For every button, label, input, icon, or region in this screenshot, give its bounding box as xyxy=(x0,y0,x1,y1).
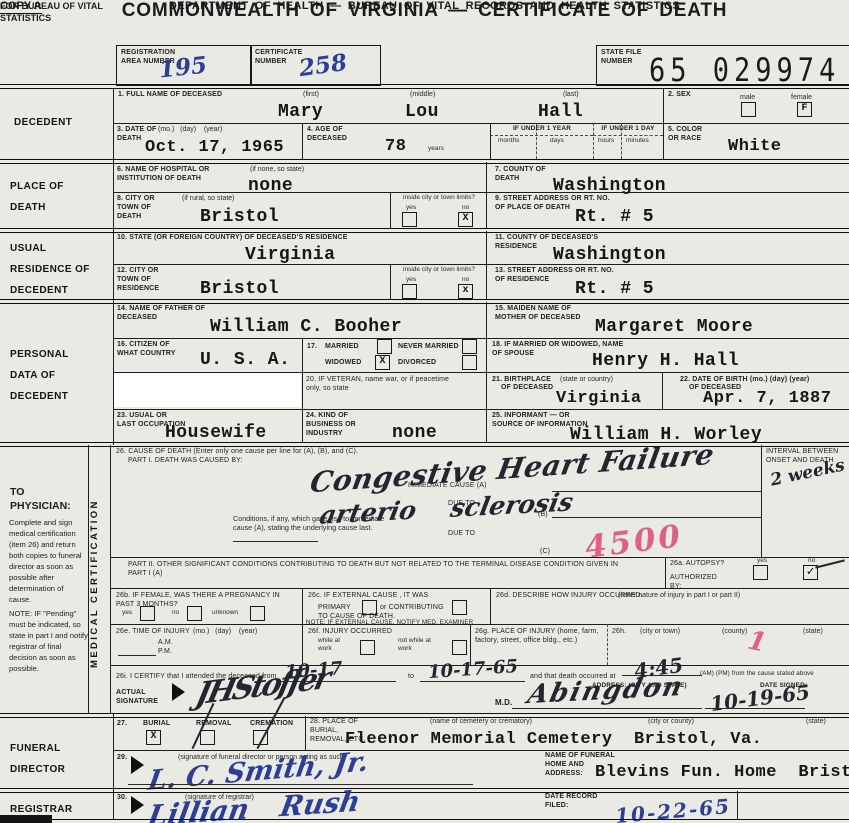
burial-label: BURIAL xyxy=(143,719,170,728)
date-filed-label: DATE RECORD FILED: xyxy=(545,792,605,810)
section-divider xyxy=(0,228,849,233)
date-of-birth-value: Apr. 7, 1887 xyxy=(703,390,831,407)
section-divider xyxy=(0,788,849,793)
scan-artifact-bar xyxy=(0,815,52,823)
city-of-death-label: 8. CITY OR TOWN OF DEATH xyxy=(117,194,175,221)
married-label: MARRIED xyxy=(325,342,359,351)
last-hint: (last) xyxy=(563,90,579,99)
line-c-label: (C) xyxy=(540,547,550,556)
document-subtitle: DEPARTMENT OF HEALTH — BUREAU OF VITAL R… xyxy=(0,0,849,12)
sex-female-checkbox: F xyxy=(797,102,812,117)
pregnancy-unknown-label: unknown xyxy=(212,609,238,617)
sidebar-usual-residence: USUAL RESIDENCE OF DECEDENT xyxy=(10,238,92,301)
injury-state-hint: (state) xyxy=(803,627,823,636)
first-name-value: Mary xyxy=(278,103,323,121)
citizen-label: 16. CITIZEN OF WHAT COUNTRY xyxy=(117,340,177,358)
date-of-death-hints: (mo.) (day) (year) xyxy=(158,125,222,134)
hospital-hint: (if none, so state) xyxy=(250,165,304,174)
place-of-burial-value: Fleenor Memorial Cemetery Bristol, Va. xyxy=(345,731,762,748)
grid-line xyxy=(665,557,666,588)
death-certificate-document: COMMONWEALTH OF VIRGINIA — CERTIFICATE O… xyxy=(0,0,849,823)
not-while-at-work-label: not while at work xyxy=(398,637,440,654)
father-name-value: William C. Booher xyxy=(210,318,402,336)
certificate-number-value: 258 xyxy=(298,51,349,80)
widowed-label: WIDOWED xyxy=(325,358,361,367)
autopsy-yes-checkbox xyxy=(753,565,768,580)
limits-no-mark: X xyxy=(462,213,468,224)
residence-limits-no-mark: x xyxy=(462,285,468,296)
autopsy-label: 26a. AUTOPSY? xyxy=(670,559,724,568)
sex-male-checkbox xyxy=(741,102,756,117)
cause-a-line xyxy=(552,491,761,492)
pregnancy-no-checkbox xyxy=(187,606,202,621)
grid-line xyxy=(88,445,89,713)
mother-name-label: 15. MAIDEN NAME OF MOTHER OF DECEASED xyxy=(495,304,585,322)
time-of-injury-line xyxy=(118,655,156,656)
registrar-num: 30. xyxy=(117,793,127,802)
residence-county-value: Washington xyxy=(553,246,666,264)
color-or-race-label: 5. COLOR OR RACE xyxy=(668,125,710,143)
grid-line xyxy=(486,231,487,299)
widowed-checkbox: X xyxy=(375,355,390,370)
grid-line xyxy=(761,445,762,557)
citizen-value: U. S. A. xyxy=(200,351,290,369)
grid-line xyxy=(593,123,594,159)
pen-stroke xyxy=(815,559,845,568)
funeral-director-num: 29. xyxy=(117,753,127,762)
cause-b-line xyxy=(552,517,761,518)
residence-city-label: 12. CITY OR TOWN OF RESIDENCE xyxy=(117,266,177,293)
grid-line xyxy=(486,409,487,442)
funeral-home-value: Blevins Fun. Home Bristol, va. xyxy=(595,764,849,781)
married-checkbox xyxy=(377,339,392,354)
spouse-value: Henry H. Hall xyxy=(592,352,739,370)
while-at-work-label: while at work xyxy=(318,637,352,654)
residence-limits-no-checkbox: x xyxy=(458,284,473,299)
months-label: months xyxy=(498,137,519,145)
grid-line xyxy=(663,88,664,123)
burial-state-hint: (state) xyxy=(806,717,826,726)
grid-line xyxy=(113,192,849,193)
grid-line xyxy=(390,192,391,228)
sex-male-label: male xyxy=(740,93,755,102)
state-file-number-box: STATE FILE NUMBER 65 029974 xyxy=(596,45,849,86)
sex-female-mark: F xyxy=(801,103,807,114)
section-divider xyxy=(0,713,849,718)
am-label: A.M. xyxy=(158,638,173,647)
injury-description-hint: (enter nature of injury in part I or par… xyxy=(618,591,740,600)
injury-county-hint: (county) xyxy=(722,627,747,636)
never-married-label: NEVER MARRIED xyxy=(398,342,459,351)
occupation-value: Housewife xyxy=(165,424,267,442)
injury-location-num: 26h. xyxy=(612,627,626,636)
middle-hint: (middle) xyxy=(410,90,435,99)
residence-street-value: Rt. # 5 xyxy=(575,280,654,298)
autopsy-no-mark: ✓ xyxy=(807,564,815,579)
business-value: none xyxy=(392,424,437,442)
due-to-2-label: DUE TO xyxy=(448,529,475,538)
date-of-death-value: Oct. 17, 1965 xyxy=(145,139,284,156)
grid-line xyxy=(662,372,663,409)
certificate-number-box: CERTIFICATE NUMBER 258 xyxy=(250,45,381,86)
grid-line xyxy=(113,264,849,265)
grid-line xyxy=(305,716,306,750)
divorced-checkbox xyxy=(462,355,477,370)
funeral-director-signature-line xyxy=(128,784,473,785)
sidebar-funeral-director: FUNERAL DIRECTOR xyxy=(10,738,72,780)
pregnancy-no-label: no xyxy=(172,609,179,617)
hospital-label: 6. NAME OF HOSPITAL OR INSTITUTION OF DE… xyxy=(117,165,237,183)
never-married-checkbox xyxy=(462,339,477,354)
grid-line xyxy=(607,624,608,665)
under-one-day-label: IF UNDER 1 DAY xyxy=(595,125,661,133)
grid-line xyxy=(302,409,303,442)
burial-checkbox: X xyxy=(146,730,161,745)
pregnancy-unknown-checkbox xyxy=(250,606,265,621)
birthplace-value: Virginia xyxy=(556,390,642,407)
registration-number-value: 195 xyxy=(158,54,208,82)
city-of-death-value: Bristol xyxy=(200,208,279,226)
conditions-underline xyxy=(233,541,318,542)
age-years-label: years xyxy=(428,145,444,153)
veteran-label: 20. IF VETERAN, name war, or if peacetim… xyxy=(306,375,461,393)
sidebar-pending-note: NOTE: IF "Pending" must be indicated, so… xyxy=(9,608,89,674)
date-signed-line xyxy=(705,708,805,709)
residence-state-label: 10. STATE (OR FOREIGN COUNTRY) OF DECEAS… xyxy=(117,233,357,242)
not-while-at-work-checkbox xyxy=(452,640,467,655)
cemetery-hint: (name of cemetery or crematory) xyxy=(430,717,532,726)
under-one-year-label: IF UNDER 1 YEAR xyxy=(492,125,592,133)
sidebar-personal-data: PERSONAL DATA OF DECEDENT xyxy=(10,344,92,407)
address-line xyxy=(512,708,702,709)
sidebar-decedent: DECEDENT xyxy=(14,112,72,133)
father-name-label: 14. NAME OF FATHER OF DECEASED xyxy=(117,304,207,322)
to-word: to xyxy=(408,672,414,681)
ampm-text: (AM) (PM) from the cause stated above xyxy=(700,670,848,678)
grid-line xyxy=(113,713,114,820)
place-of-injury-label: 26g. PLACE OF INJURY (home, farm, factor… xyxy=(475,627,600,645)
grid-line xyxy=(110,588,849,589)
copy-sublabel: FOR BUREAU OF VITAL STATISTICS xyxy=(0,0,105,24)
sex-female-label: female xyxy=(791,93,812,102)
external-cause-label: 26c. IF EXTERNAL CAUSE , IT WAS xyxy=(308,591,428,600)
residence-limits-yes-checkbox xyxy=(402,284,417,299)
pointer-icon xyxy=(131,756,144,774)
street-of-death-value: Rt. # 5 xyxy=(575,208,654,226)
grid-line xyxy=(663,123,664,159)
md-label: M.D. xyxy=(495,698,513,708)
marital-num: 17. xyxy=(307,342,317,351)
sidebar-place-of-death: PLACE OF DEATH xyxy=(10,176,68,218)
birthplace-sublabel: OF DECEASED xyxy=(501,383,553,392)
grid-line xyxy=(113,409,849,410)
contributing-label: or CONTRIBUTING xyxy=(380,603,444,612)
section-divider xyxy=(0,84,849,89)
disposition-num: 27. xyxy=(117,719,127,728)
grid-line xyxy=(302,123,303,159)
injury-city-hint: (city or town) xyxy=(640,627,680,636)
limits-question-label: inside city or town limits? xyxy=(394,194,484,202)
business-label: 24. KIND OF BUSINESS OR INDUSTRY xyxy=(306,411,386,438)
state-file-number-label: STATE FILE NUMBER xyxy=(601,48,647,66)
attended-to-value: 10-17-65 xyxy=(427,658,518,682)
minutes-label: minutes xyxy=(626,137,649,145)
time-of-injury-label: 26e. TIME OF INJURY xyxy=(116,627,190,636)
injury-state-mark: 1 xyxy=(745,627,768,656)
redaction-whiteout-box xyxy=(114,373,301,407)
pm-label: P.M. xyxy=(158,647,172,656)
grid-line xyxy=(113,123,849,124)
pointer-icon xyxy=(131,796,144,814)
grid-line xyxy=(490,123,491,159)
grid-line xyxy=(302,624,303,665)
days-label: days xyxy=(550,137,564,145)
age-label: 4. AGE OF DECEASED xyxy=(307,125,357,143)
contributing-checkbox xyxy=(452,600,467,615)
grid-line xyxy=(110,445,111,713)
widowed-mark: X xyxy=(379,356,385,367)
grid-line xyxy=(110,624,849,625)
actual-signature-label: ACTUAL SIGNATURE xyxy=(116,688,168,706)
grid-line xyxy=(490,135,593,136)
grid-line xyxy=(486,162,487,228)
address-value: Abingdon xyxy=(525,674,687,709)
city-of-death-hint: (if rural, so state) xyxy=(182,194,235,203)
grid-line xyxy=(737,791,738,820)
grid-line xyxy=(490,588,491,624)
primary-label: PRIMARY xyxy=(318,603,351,612)
birthplace-hint: (state or country) xyxy=(560,375,613,384)
section-divider xyxy=(0,819,849,823)
attended-to-line xyxy=(420,681,525,682)
residence-limits-label: inside city or town limits? xyxy=(394,266,484,274)
medical-certification-vertical-label: MEDICAL CERTIFICATION xyxy=(89,498,100,668)
while-at-work-checkbox xyxy=(360,640,375,655)
sidebar-physician-note: Complete and sign medical certification … xyxy=(9,517,85,605)
residence-state-value: Virginia xyxy=(245,246,335,264)
limits-no-checkbox: X xyxy=(458,212,473,227)
date-signed-value: 10-19-65 xyxy=(709,682,811,714)
burial-city-hint: (city or county) xyxy=(648,717,694,726)
injury-occurred-label: 26f. INJURY OCCURRED xyxy=(308,627,392,636)
age-value: 78 xyxy=(385,138,406,155)
grid-line xyxy=(390,264,391,299)
pregnancy-yes-label: yes xyxy=(122,609,132,617)
part2-label: PART II. OTHER SIGNIFICANT CONDITIONS CO… xyxy=(128,560,638,578)
pointer-icon xyxy=(172,683,185,701)
residence-city-value: Bristol xyxy=(200,280,279,298)
conditions-note: Conditions, if any, which gave rise to i… xyxy=(233,514,395,533)
last-name-value: Hall xyxy=(538,103,583,121)
pregnancy-yes-checkbox xyxy=(140,606,155,621)
section-divider xyxy=(0,299,849,304)
grid-line xyxy=(113,750,849,751)
grid-line xyxy=(110,557,849,558)
divorced-label: DIVORCED xyxy=(398,358,436,367)
sidebar-to-physician: TO PHYSICIAN: xyxy=(10,486,80,513)
grid-line xyxy=(486,372,487,409)
limits-yes-checkbox xyxy=(402,212,417,227)
full-name-label: 1. FULL NAME OF DECEASED xyxy=(118,90,228,99)
registration-number-box: REGISTRATION AREA NUMBER 195 xyxy=(116,45,252,86)
color-or-race-value: White xyxy=(728,138,782,155)
first-hint: (first) xyxy=(303,90,319,99)
removal-checkbox xyxy=(200,730,215,745)
section-divider xyxy=(0,442,849,447)
burial-mark: X xyxy=(150,731,156,742)
grid-line xyxy=(302,338,303,409)
sex-label: 2. SEX xyxy=(668,90,691,99)
hours-label: hours xyxy=(598,137,614,145)
grid-line xyxy=(113,338,849,339)
time-of-injury-hints: (mo.) (day) (year) xyxy=(193,627,257,636)
grid-line xyxy=(593,135,663,136)
section-divider xyxy=(0,159,849,164)
mother-name-value: Margaret Moore xyxy=(595,318,753,336)
part1-label: PART I. DEATH WAS CAUSED BY: xyxy=(128,456,243,465)
grid-line xyxy=(302,588,303,624)
middle-name-value: Lou xyxy=(405,103,439,121)
